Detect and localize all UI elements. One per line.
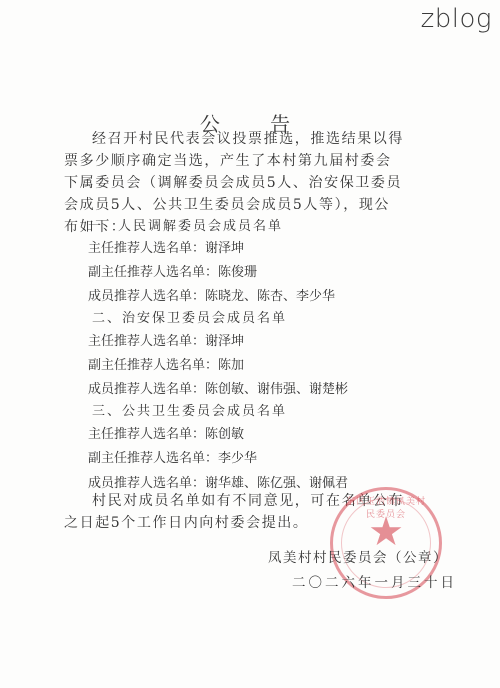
signature: 凤美村村民委员会（公章） <box>268 546 448 566</box>
section-2-heading: 二、治安保卫委员会成员名单 <box>92 307 287 326</box>
section-3-heading: 三、公共卫生委员会成员名单 <box>92 400 287 419</box>
section-3-members: 成员推荐人选名单：谢华雄、陈亿强、谢佩君 <box>88 472 348 491</box>
date: 二〇二六年一月三十日 <box>292 571 457 591</box>
section-2-members: 成员推荐人选名单：陈创敏、谢伟强、谢楚彬 <box>88 378 348 397</box>
section-1-members: 成员推荐人选名单：陈晓龙、陈杏、李少华 <box>88 285 335 304</box>
section-3-director: 主任推荐人选名单：陈创敏 <box>88 423 244 442</box>
watermark-text: zblog <box>421 4 492 34</box>
section-1-heading: 一、人民调解委员会成员名单 <box>88 215 283 234</box>
section-2-deputy: 副主任推荐人选名单：陈加 <box>88 354 244 373</box>
section-3-deputy: 副主任推荐人选名单：李少华 <box>88 447 257 466</box>
section-1-deputy: 副主任推荐人选名单：陈俊珊 <box>88 261 257 280</box>
section-2-director: 主任推荐人选名单：谢泽坤 <box>88 330 244 349</box>
section-1-director: 主任推荐人选名单：谢泽坤 <box>88 237 244 256</box>
